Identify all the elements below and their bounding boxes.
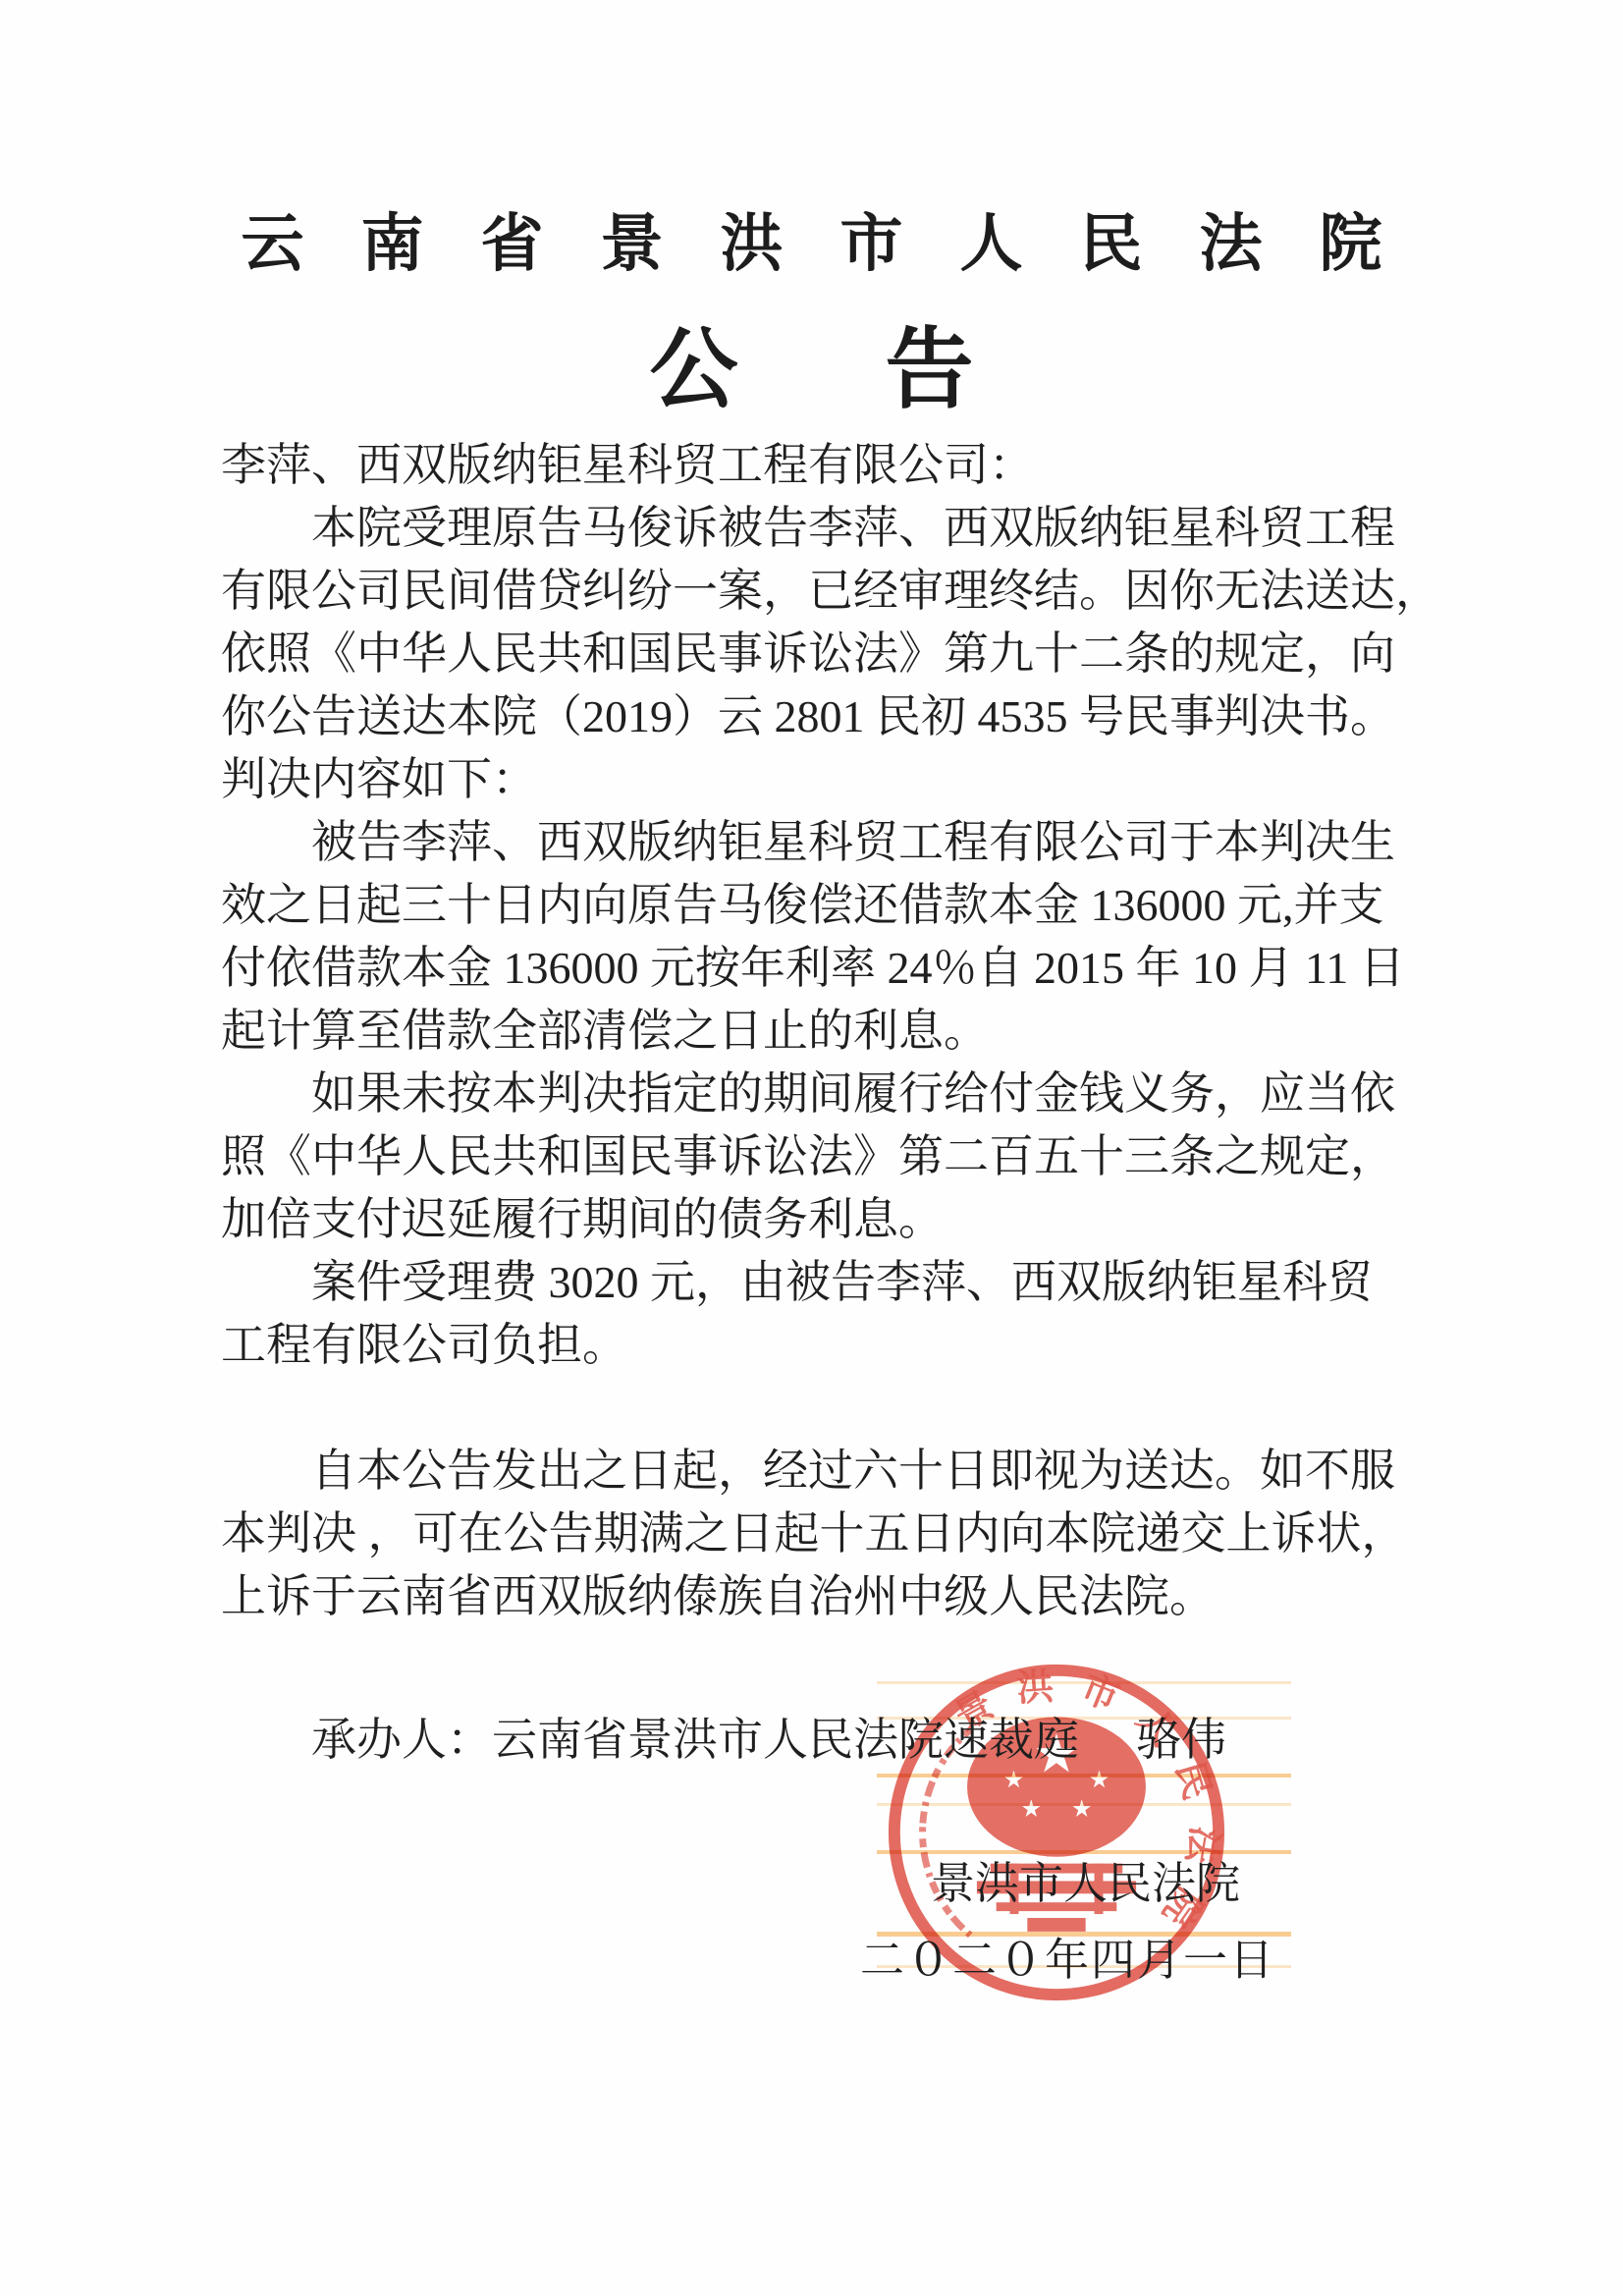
body-line: 加倍支付迟延履行期间的债务利息。 xyxy=(221,1188,1438,1251)
body-line: 判决内容如下： xyxy=(221,748,1438,811)
body-line: 有限公司民间借贷纠纷一案，已经审理终结。因你无法送达， xyxy=(221,560,1438,623)
body-line: 本判决 ，可在公告期满之日起十五日内向本院递交上诉状， xyxy=(221,1503,1438,1565)
body-line: 自本公告发出之日起，经过六十日即视为送达。如不服 xyxy=(221,1440,1438,1503)
signature-court-name: 景洪市人民法院 xyxy=(931,1856,1240,1911)
body-line: 工程有限公司负担。 xyxy=(221,1314,1438,1377)
handler-line: 承办人：云南省景洪市人民法院速裁庭骆伟 xyxy=(311,1711,1226,1770)
handler-label: 承办人：云南省景洪市人民法院速裁庭 xyxy=(311,1715,1079,1765)
body-line: 起计算至借款全部清偿之日止的利息。 xyxy=(221,1000,1438,1063)
body-line: 李萍、西双版纳钜星科贸工程有限公司： xyxy=(221,434,1438,497)
handler-name: 骆伟 xyxy=(1136,1715,1226,1765)
body-line: 付依借款本金 136000 元按年利率 24％自 2015 年 10 月 11 … xyxy=(221,937,1438,1000)
announcement-body: 李萍、西双版纳钜星科贸工程有限公司： 本院受理原告马俊诉被告李萍、西双版纳钜星科… xyxy=(221,434,1438,1628)
doc-type-heading: 公告 xyxy=(0,320,1623,422)
body-line: 如果未按本判决指定的期间履行给付金钱义务，应当依 xyxy=(221,1063,1438,1125)
body-line: 效之日起三十日内向原告马俊偿还借款本金 136000 元,并支 xyxy=(221,874,1438,937)
body-line: 照《中华人民共和国民事诉讼法》第二百五十三条之规定， xyxy=(221,1125,1438,1188)
body-line: 本院受理原告马俊诉被告李萍、西双版纳钜星科贸工程 xyxy=(221,497,1438,560)
signature-date: 二０二０年四月一日 xyxy=(860,1933,1275,1988)
court-title-text: 云南省景洪市人民法院 xyxy=(185,208,1439,279)
body-line: 依照《中华人民共和国民事诉讼法》第九十二条的规定，向 xyxy=(221,623,1438,685)
court-title: 云南省景洪市人民法院 xyxy=(0,204,1623,283)
gate-base xyxy=(1027,1918,1085,1932)
body-line: 案件受理费 3020 元，由被告李萍、西双版纳钜星科贸 xyxy=(221,1251,1438,1314)
body-line: 上诉于云南省西双版纳傣族自治州中级人民法院。 xyxy=(221,1565,1438,1628)
body-line: 被告李萍、西双版纳钜星科贸工程有限公司于本判决生 xyxy=(221,811,1438,874)
body-line: 你公告送达本院（2019）云 2801 民初 4535 号民事判决书。 xyxy=(221,685,1438,748)
doc-type-text: 公告 xyxy=(503,322,1121,419)
court-announcement-document: 云南省景洪市人民法院 公告 李萍、西双版纳钜星科贸工程有限公司： 本院受理原告马… xyxy=(0,0,1623,2296)
